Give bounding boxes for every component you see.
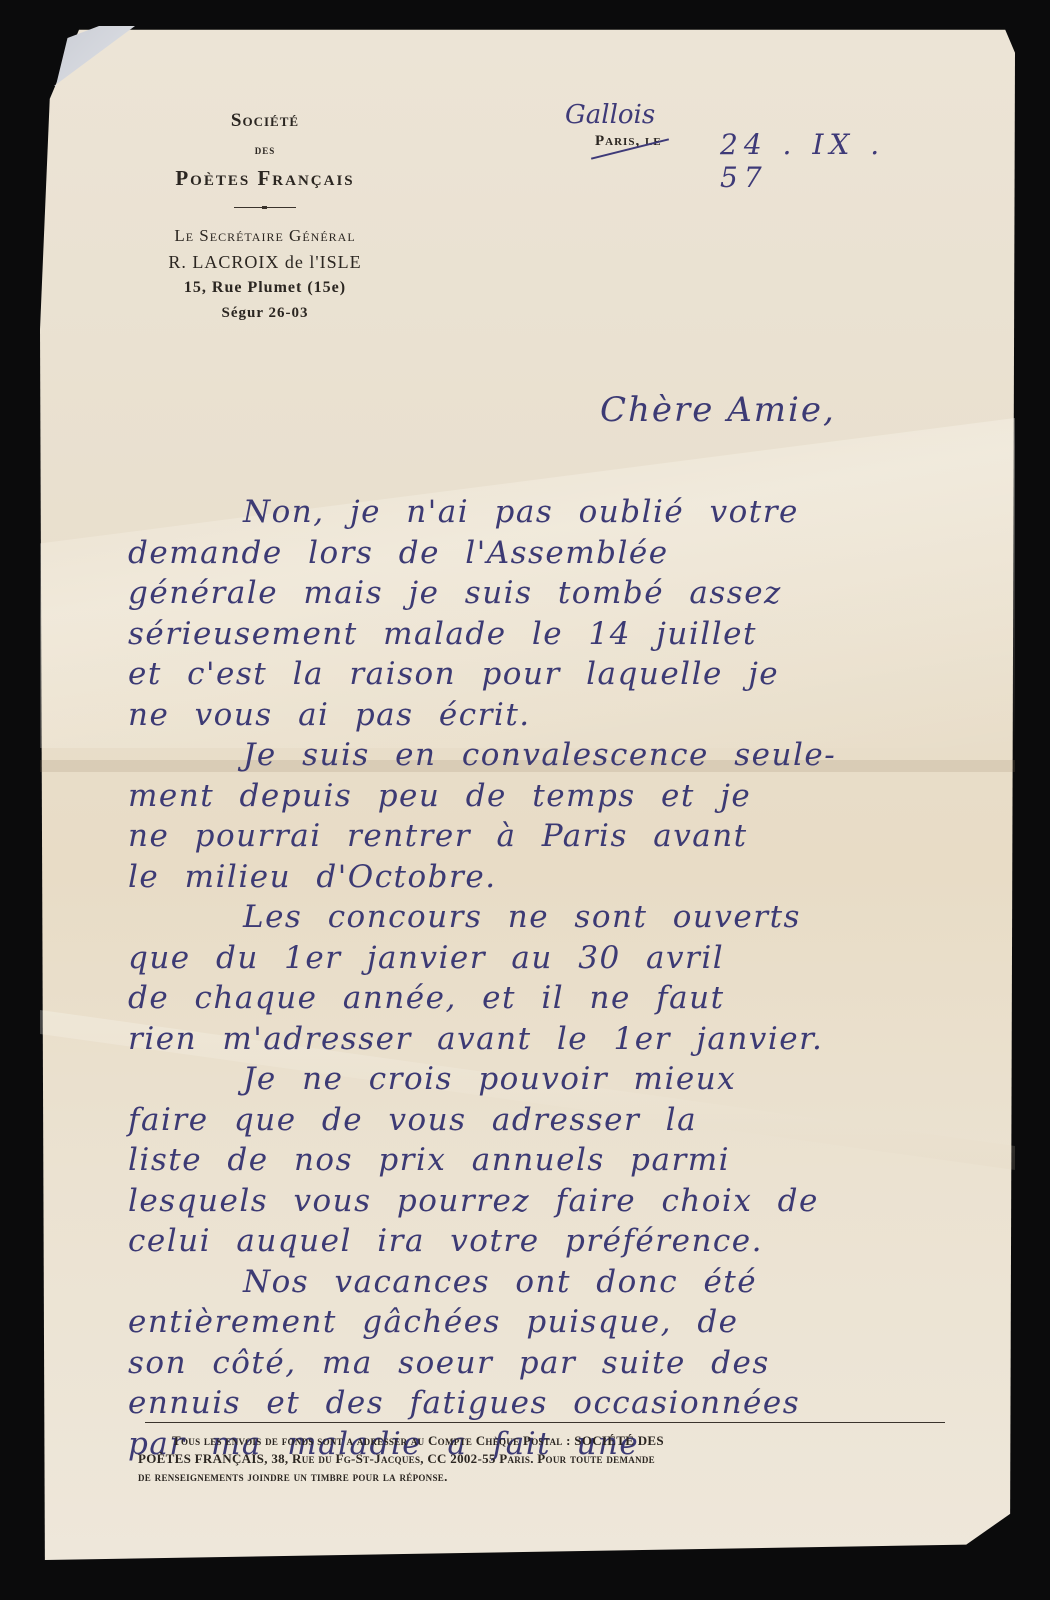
letter-line: liste de nos prix annuels parmi — [128, 1140, 988, 1181]
letterhead-org-line2: des — [110, 142, 420, 158]
footer-line: de renseignements joindre un timbre pour… — [138, 1468, 938, 1486]
letter-line: que du 1er janvier au 30 avril — [128, 938, 988, 979]
letter-line: Les concours ne sont ouverts — [128, 897, 988, 938]
letterhead: Société des Poètes Français Le Secrétair… — [110, 110, 420, 322]
letterhead-title: Le Secrétaire Général — [110, 226, 420, 246]
letterhead-org-line1: Société — [110, 110, 420, 132]
letter-line: le milieu d'Octobre. — [128, 857, 988, 898]
letter-line: Nos vacances ont donc été — [128, 1262, 988, 1303]
letter-body: Non, je n'ai pas oublié votre demande lo… — [128, 492, 988, 1464]
letter-line: celui auquel ira votre préférence. — [128, 1221, 988, 1262]
footer-line: Tous les envois de fonds sont a adresser… — [138, 1432, 938, 1450]
letterhead-footer: Tous les envois de fonds sont a adresser… — [138, 1432, 938, 1486]
letter-line: rien m'adresser avant le 1er janvier. — [128, 1019, 988, 1060]
letter-line: ment depuis peu de temps et je — [128, 776, 988, 817]
letter-line: faire que de vous adresser la — [128, 1100, 988, 1141]
letter-line: demande lors de l'Assemblée — [128, 533, 988, 574]
letterhead-telephone: Ségur 26-03 — [110, 305, 420, 322]
letterhead-name: R. LACROIX de l'ISLE — [110, 252, 420, 273]
letter-line: son côté, ma soeur par suite des — [128, 1343, 988, 1384]
handwritten-date: 24 . IX . 57 — [720, 128, 935, 194]
letter-line: ne pourrai rentrer à Paris avant — [128, 816, 988, 857]
letter-line: ennuis et des fatigues occasionnées — [128, 1383, 988, 1424]
footer-line: POÈTES FRANÇAIS, 38, Rue du Fg-St-Jacque… — [138, 1450, 938, 1468]
salutation: Chère Amie, — [600, 390, 836, 430]
letterhead-org-line3: Poètes Français — [110, 166, 420, 191]
letter-line: Je ne crois pouvoir mieux — [128, 1059, 988, 1100]
letter-line: lesquels vous pourrez faire choix de — [128, 1181, 988, 1222]
letterhead-divider — [234, 207, 296, 208]
letter-line: générale mais je suis tombé assez — [128, 573, 988, 614]
handwritten-place: Gallois — [565, 100, 655, 130]
footer-divider — [145, 1422, 945, 1423]
letter-line: Je suis en convalescence seule- — [128, 735, 988, 776]
letterhead-address: 15, Rue Plumet (15e) — [110, 279, 420, 297]
letter-line: entièrement gâchées puisque, de — [128, 1302, 988, 1343]
letter-line: de chaque année, et il ne faut — [128, 978, 988, 1019]
date-line: Gallois Paris, le 24 . IX . 57 — [555, 100, 935, 170]
letter-line: ne vous ai pas écrit. — [128, 695, 988, 736]
letter-line: Non, je n'ai pas oublié votre — [128, 492, 988, 533]
letter-line: et c'est la raison pour laquelle je — [128, 654, 988, 695]
letter-line: sérieusement malade le 14 juillet — [128, 614, 988, 655]
